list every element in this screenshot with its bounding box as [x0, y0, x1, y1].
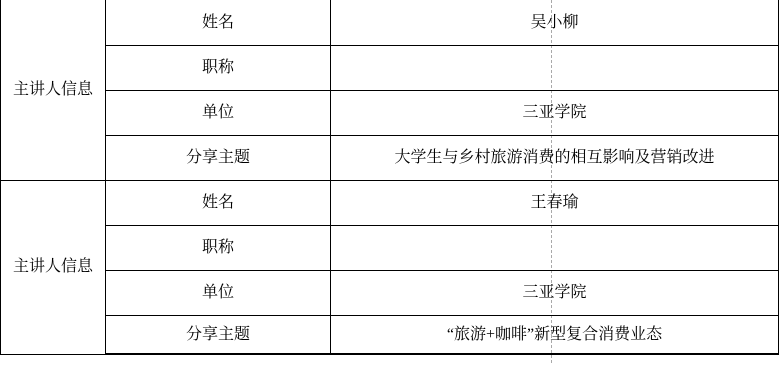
table-row: 职称 — [1, 45, 779, 90]
row-label-cell: 职称 — [106, 45, 331, 90]
row-value-cell: 吴小柳 — [331, 0, 779, 45]
table-row: 主讲人信息 姓名 吴小柳 — [1, 0, 779, 45]
speaker-info-header-cell: 主讲人信息 — [1, 180, 106, 354]
row-value-cell: 三亚学院 — [331, 90, 779, 135]
row-value-cell: 三亚学院 — [331, 270, 779, 315]
row-label-cell: 单位 — [106, 270, 331, 315]
table-row: 单位 三亚学院 — [1, 270, 779, 315]
table-row: 单位 三亚学院 — [1, 90, 779, 135]
speaker-info-table: 主讲人信息 姓名 吴小柳 职称 单位 三亚学院 分享主题 大学生与乡村旅游消费的… — [0, 0, 779, 355]
row-value-cell: “旅游+咖啡”新型复合消费业态 — [331, 315, 779, 354]
table-row: 职称 — [1, 225, 779, 270]
row-value-cell — [331, 225, 779, 270]
row-value-cell: 大学生与乡村旅游消费的相互影响及营销改进 — [331, 135, 779, 180]
row-value-cell — [331, 45, 779, 90]
row-label-cell: 分享主题 — [106, 135, 331, 180]
table-row: 主讲人信息 姓名 王春瑜 — [1, 180, 779, 225]
document-page: 主讲人信息 姓名 吴小柳 职称 单位 三亚学院 分享主题 大学生与乡村旅游消费的… — [0, 0, 781, 367]
row-label-cell: 单位 — [106, 90, 331, 135]
row-label-cell: 职称 — [106, 225, 331, 270]
row-label-cell: 姓名 — [106, 0, 331, 45]
table-row: 分享主题 大学生与乡村旅游消费的相互影响及营销改进 — [1, 135, 779, 180]
table-row: 分享主题 “旅游+咖啡”新型复合消费业态 — [1, 315, 779, 354]
row-value-cell: 王春瑜 — [331, 180, 779, 225]
speaker-info-header-cell: 主讲人信息 — [1, 0, 106, 180]
row-label-cell: 分享主题 — [106, 315, 331, 354]
row-label-cell: 姓名 — [106, 180, 331, 225]
